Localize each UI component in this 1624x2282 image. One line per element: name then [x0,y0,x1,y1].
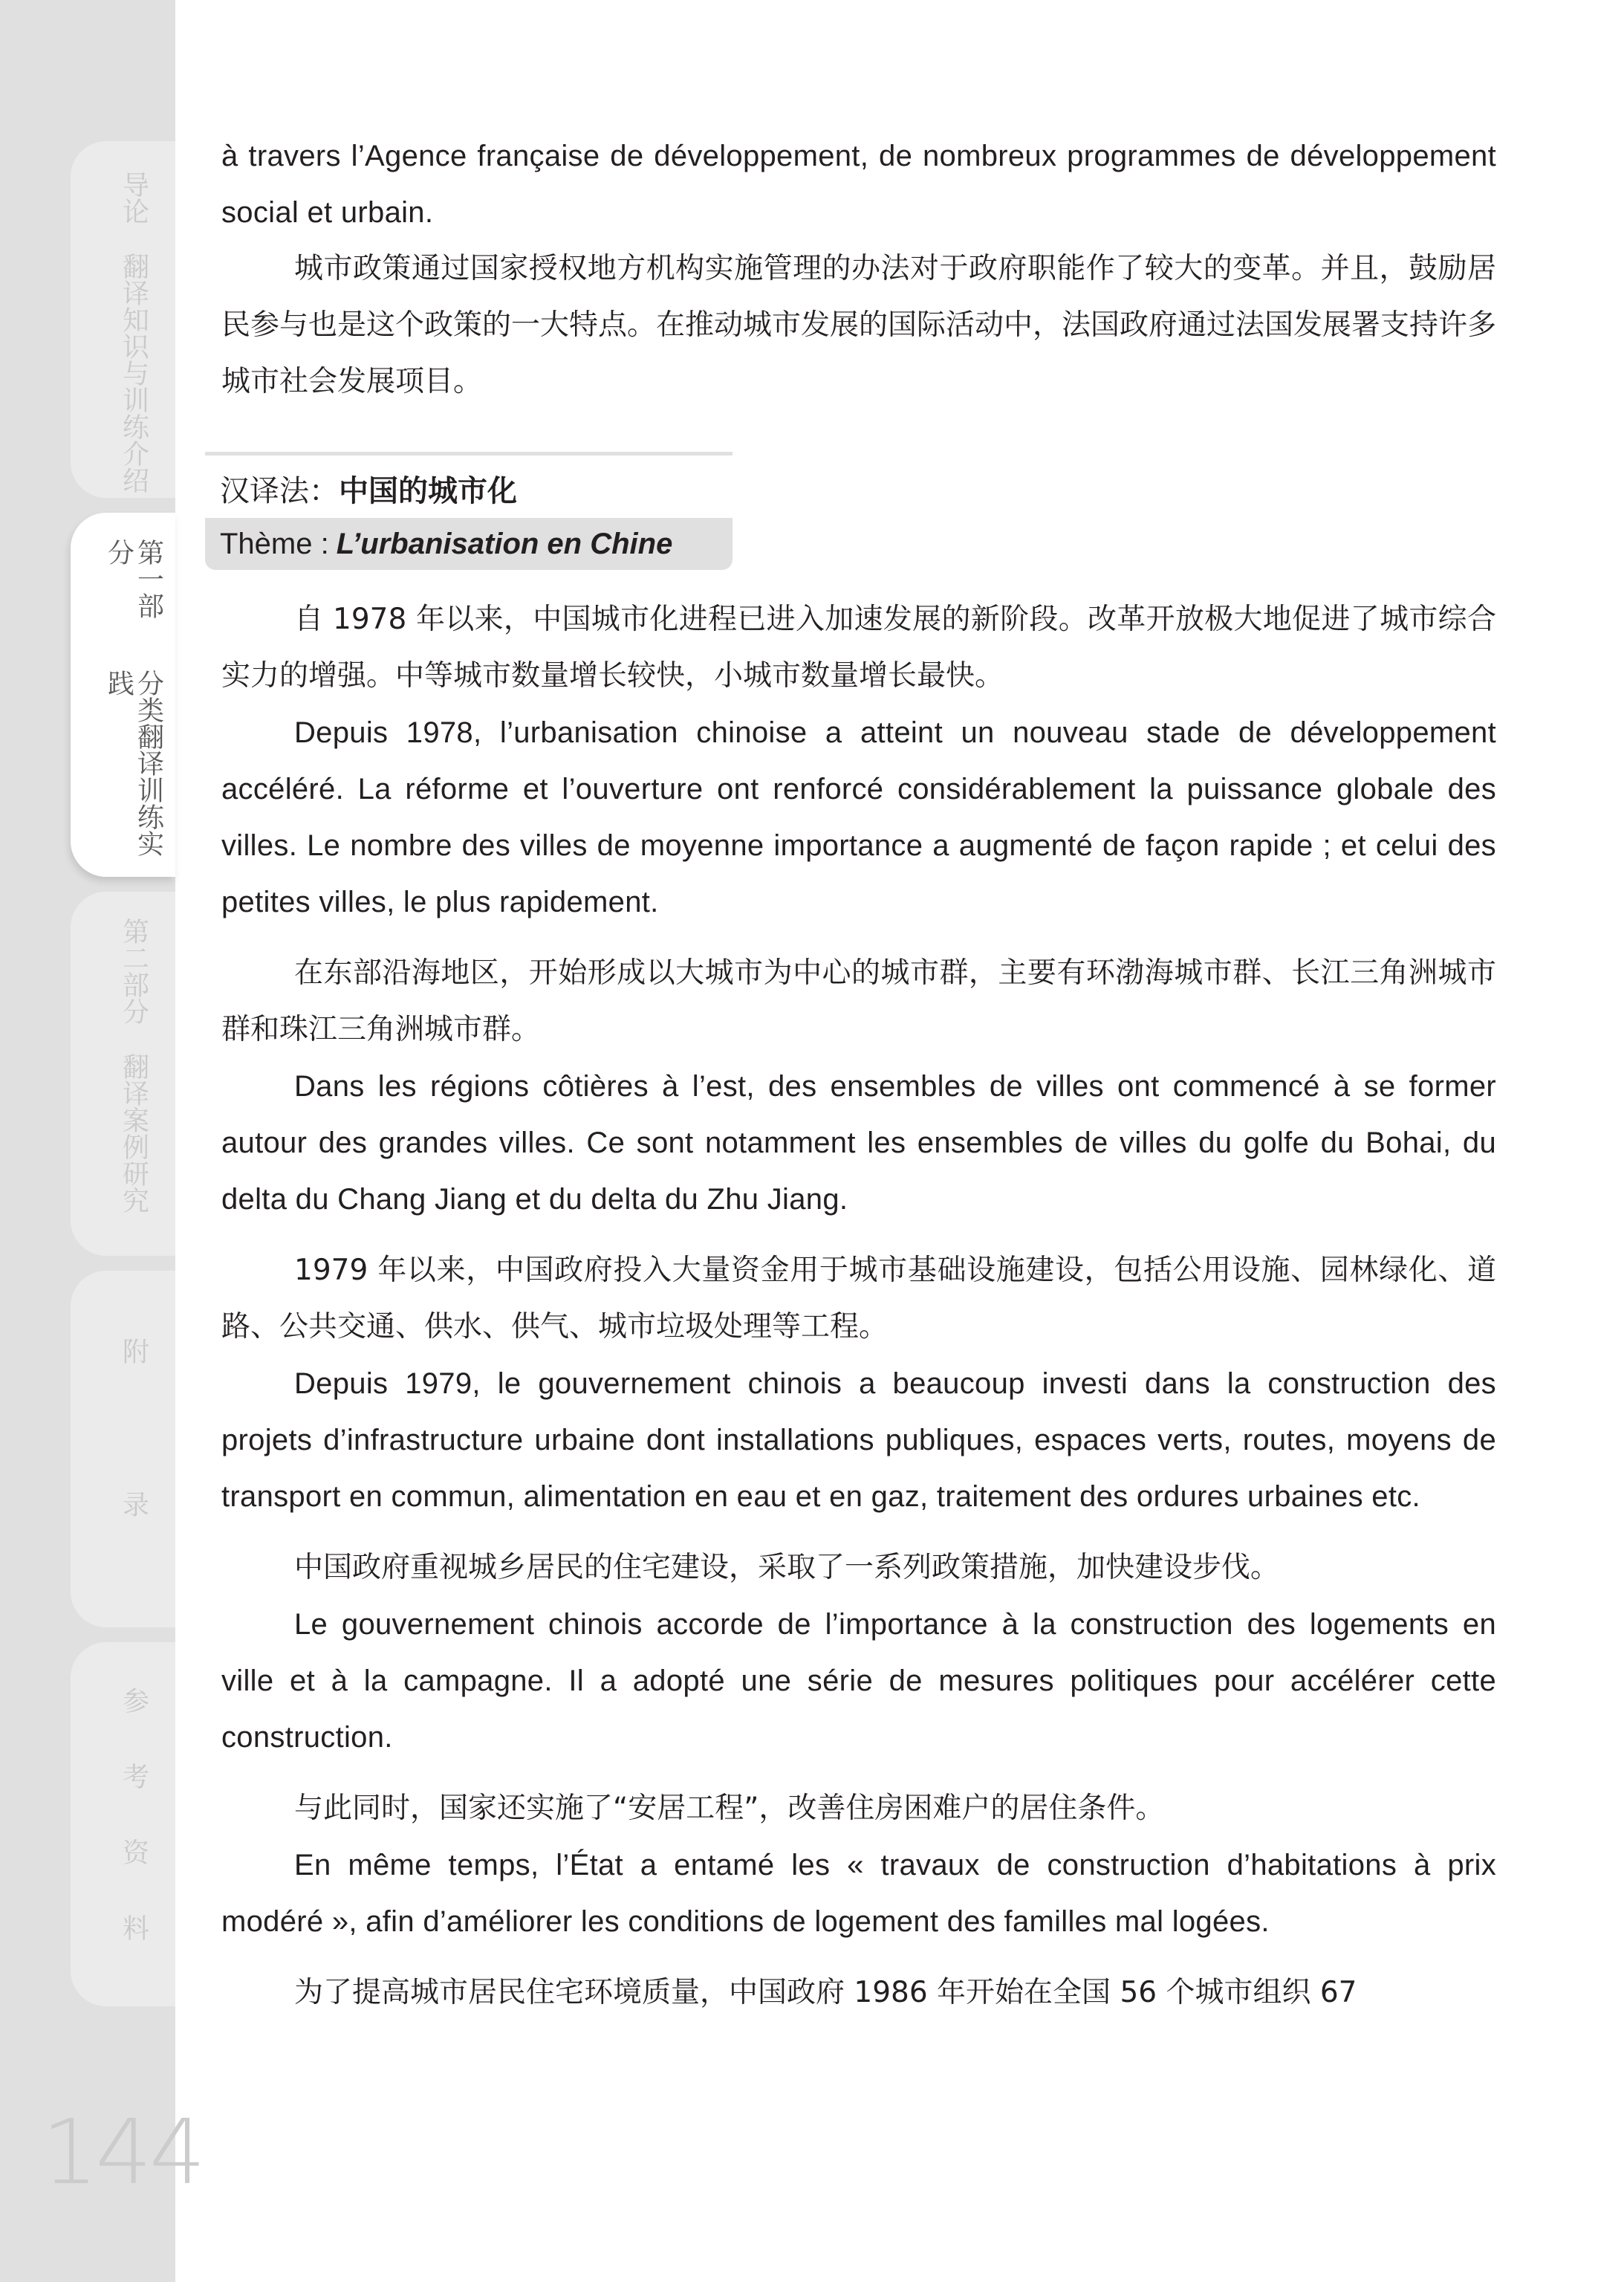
tab-part-two[interactable]: 第二部分 翻译案例研究 [71,892,175,1256]
theme-label: Thème : [220,528,329,561]
body-text: 自 1978 年以来，中国城市化进程已进入加速发展的新阶段。改革开放极大地促进了… [221,591,1496,2021]
tab-label-part1: 附 [119,1338,149,1364]
section-header: 汉译法：中国的城市化 Thème : L’urbanisation en Chi… [205,452,733,570]
theme-value: L’urbanisation en Chine [337,528,673,561]
theme-banner: Thème : L’urbanisation en Chine [205,518,733,570]
tab-label-part2: 翻译知识与训练介绍 [119,253,149,493]
chinese-paragraph: 自 1978 年以来，中国城市化进程已进入加速发展的新阶段。改革开放极大地促进了… [221,591,1496,704]
french-paragraph: Depuis 1979, le gouvernement chinois a b… [221,1355,1496,1525]
tab-label-part2: 翻译案例研究 [119,1053,149,1213]
tab-label-part2: 考 [119,1763,149,1789]
french-paragraph: Le gouvernement chinois accorde de l’imp… [221,1596,1496,1766]
french-paragraph: Depuis 1978, l’urbanisation chinoise a a… [221,704,1496,930]
tab-appendix[interactable]: 附 录 [71,1271,175,1627]
tab-label-part1: 第二部分 [119,918,149,1025]
chapter-sidebar: 导论 翻译知识与训练介绍 第一部分 分类翻译训练实践 第二部分 翻译案例研究 附… [0,0,175,2282]
header-divider [205,452,733,456]
intro-chinese-paragraph: 城市政策通过国家授权地方机构实施管理的办法对于政府职能作了较大的变革。并且，鼓励… [221,241,1496,410]
french-paragraph: En même temps, l’État a entamé les « tra… [221,1837,1496,1950]
french-paragraph: Dans les régions côtières à l’est, des e… [221,1058,1496,1228]
section-title: 汉译法：中国的城市化 [220,476,733,506]
tab-label-part3: 资 [119,1838,149,1865]
chinese-paragraph: 为了提高城市居民住宅环境质量，中国政府 1986 年开始在全国 56 个城市组织… [221,1965,1496,2021]
chinese-paragraph: 在东部沿海地区，开始形成以大城市为中心的城市群，主要有环渤海城市群、长江三角洲城… [221,945,1496,1058]
chinese-paragraph: 中国政府重视城乡居民的住宅建设，采取了一系列政策措施，加快建设步伐。 [221,1540,1496,1596]
intro-french-paragraph: à travers l’Agence française de développ… [221,128,1496,241]
chinese-paragraph: 与此同时，国家还实施了“安居工程”，改善住房困难户的居住条件。 [221,1780,1496,1837]
tab-label-part4: 料 [119,1914,149,1941]
section-subject: 中国的城市化 [339,474,517,508]
chinese-paragraph: 1979 年以来，中国政府投入大量资金用于城市基础设施建设，包括公用设施、园林绿… [221,1242,1496,1355]
section-label: 汉译法： [220,474,339,508]
tab-label-part1: 第一部分 [104,539,163,642]
tab-label-part1: 导论 [119,171,149,224]
tab-label-part2: 分类翻译训练实践 [104,670,163,877]
tab-label-part2: 录 [119,1491,149,1517]
tab-part-one[interactable]: 第一部分 分类翻译训练实践 [71,513,175,877]
intro-text: à travers l’Agence française de développ… [221,128,1496,410]
tab-references[interactable]: 参 考 资 料 [71,1642,175,2006]
tab-label-part1: 参 [119,1687,149,1714]
page-number: 144 [42,2109,203,2198]
tab-introduction[interactable]: 导论 翻译知识与训练介绍 [71,141,175,498]
